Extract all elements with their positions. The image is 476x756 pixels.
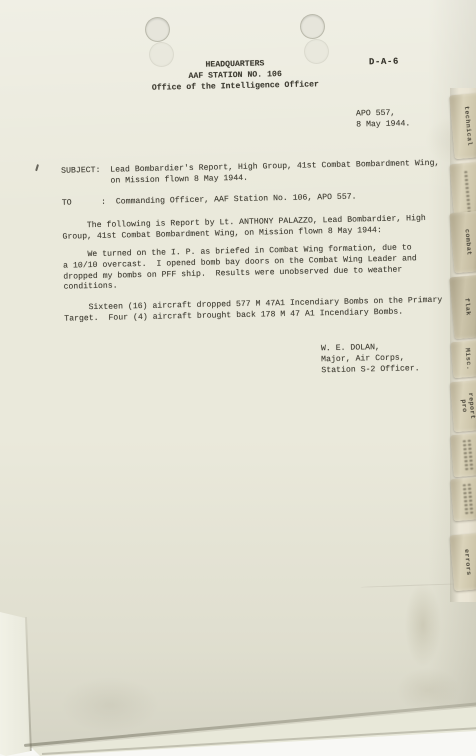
binder-tab-misc: Misc. [450, 340, 476, 379]
illegible-tab-text [462, 440, 468, 470]
pen-tick-mark [35, 164, 39, 171]
illegible-tab-text [467, 484, 473, 514]
binder-tab-label: Misc. [463, 348, 472, 371]
binder-tab-errors: errors [450, 533, 476, 591]
illegible-tab-text [467, 440, 473, 470]
binder-tab-unreadable-3 [450, 477, 476, 522]
paragraph-1: The following is Report by Lt. ANTHONY P… [62, 214, 426, 243]
binder-tab-label: flak [463, 298, 472, 316]
binder-tab-label: pro report [459, 392, 476, 420]
letterhead: HEADQUARTERS AAF STATION NO. 106 Office … [59, 56, 412, 96]
typed-content: D-A-6 HEADQUARTERS AAF STATION NO. 106 O… [0, 0, 476, 756]
binder-tab-combat: combat [449, 211, 476, 273]
subject-block: SUBJECT: Lead Bombardier's Report, High … [61, 159, 440, 189]
binder-tab-flak: flak [449, 275, 476, 339]
paragraph-2: We turned on the I. P. as briefed in Com… [63, 243, 418, 294]
to-line: TO : Commanding Officer, AAF Station No.… [62, 193, 357, 210]
illegible-tab-text [464, 171, 471, 213]
paragraph-3: Sixteen (16) aircraft dropped 577 M 47A1… [64, 296, 443, 326]
dateline: APO 557, 8 May 1944. [356, 108, 410, 131]
binder-tab-technical: technical [449, 93, 476, 159]
binder-tab-pro-report: pro report [450, 380, 476, 433]
binder-tab-unreadable-2 [450, 433, 476, 478]
illegible-tab-text [462, 484, 468, 514]
binder-tab-label: combat [463, 228, 473, 255]
signature-block: W. E. DOLAN, Major, Air Corps, Station S… [321, 342, 420, 376]
binder-tab-label: errors [463, 548, 473, 575]
binder-tab-label: technical [462, 106, 473, 147]
scanned-document-photo: D-A-6 HEADQUARTERS AAF STATION NO. 106 O… [0, 0, 476, 756]
